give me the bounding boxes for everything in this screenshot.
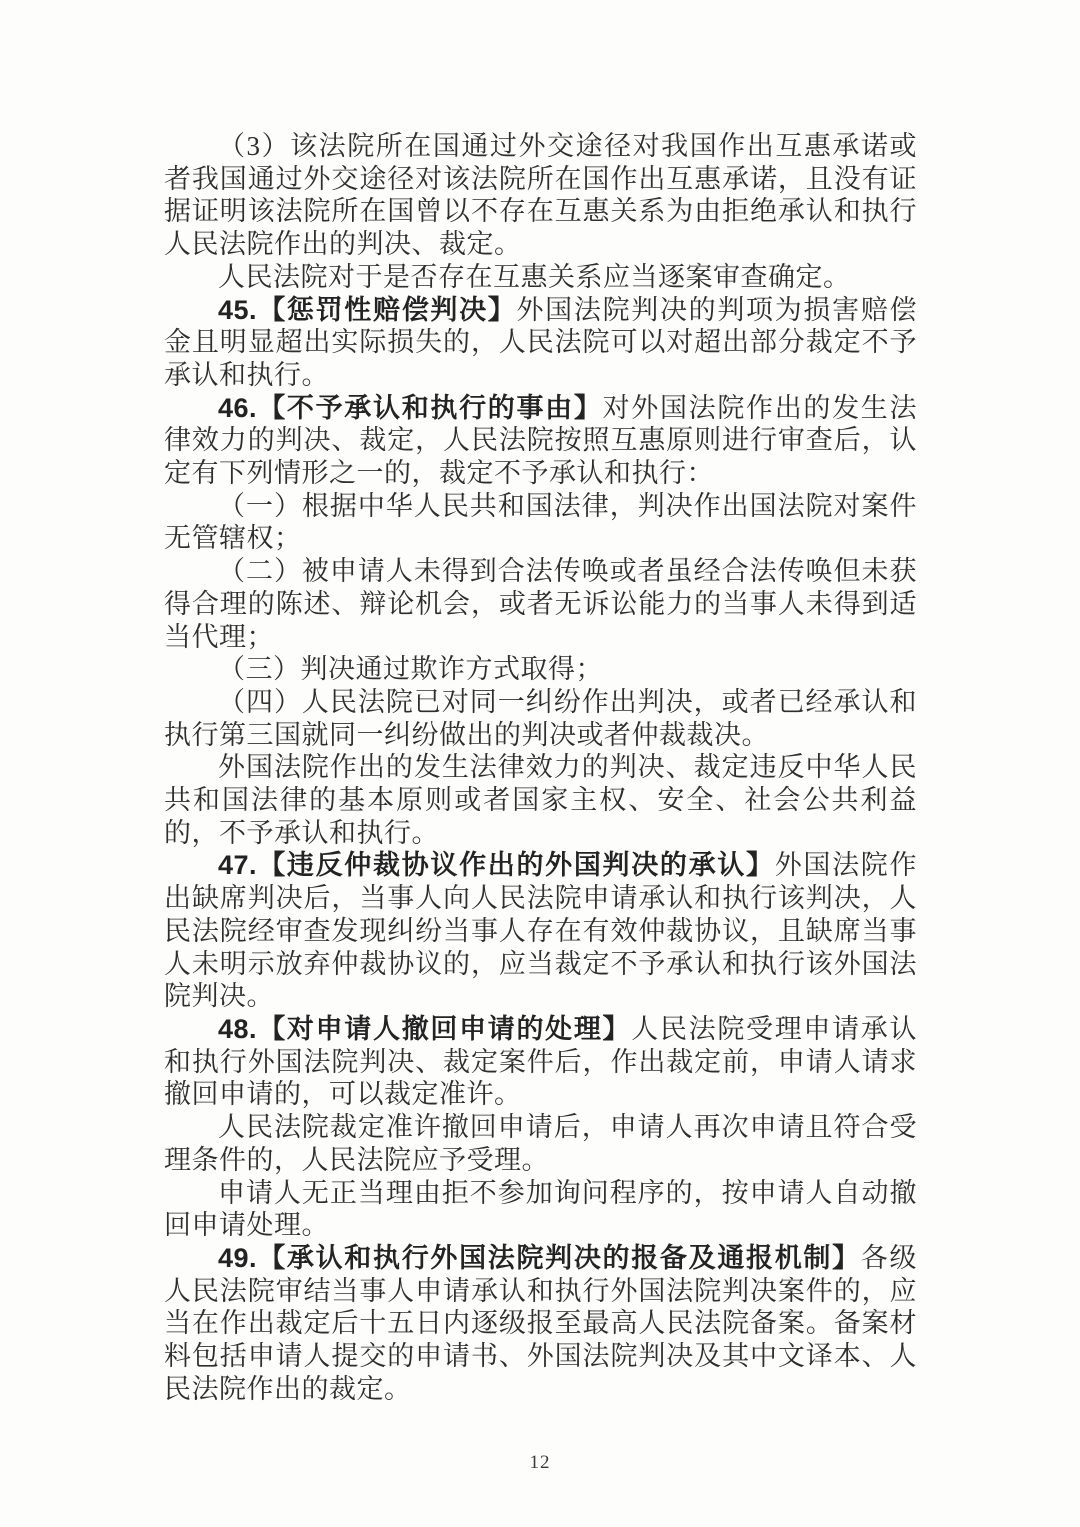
clause-title: 47.【违反仲裁协议作出的外国判决的承认】 [218,850,775,880]
clause-title: 46.【不予承认和执行的事由】 [218,393,603,423]
paragraph: 人民法院对于是否存在互惠关系应当逐案审查确定。 [164,261,917,294]
paragraph: 46.【不予承认和执行的事由】对外国法院作出的发生法律效力的判决、裁定，人民法院… [164,392,917,490]
paragraph: （一）根据中华人民共和国法律，判决作出国法院对案件无管辖权； [164,490,917,555]
paragraph: （二）被申请人未得到合法传唤或者虽经合法传唤但未获得合理的陈述、辩论机会，或者无… [164,555,917,653]
clause-title: 48.【对申请人撤回申请的处理】 [218,1014,631,1044]
paragraph: 45.【惩罚性赔偿判决】外国法院判决的判项为损害赔偿金且明显超出实际损失的，人民… [164,294,917,392]
paragraph: 47.【违反仲裁协议作出的外国判决的承认】外国法院作出缺席判决后，当事人向人民法… [164,849,917,1013]
clause-title: 49.【承认和执行外国法院判决的报备及通报机制】 [218,1243,861,1273]
paragraph: （三）判决通过欺诈方式取得； [164,653,917,686]
document-text: （3）该法院所在国通过外交途径对我国作出互惠承诺或者我国通过外交途径对该法院所在… [164,130,917,1405]
paragraph: （四）人民法院已对同一纠纷作出判决，或者已经承认和执行第三国就同一纠纷做出的判决… [164,686,917,751]
paragraph: 申请人无正当理由拒不参加询问程序的，按申请人自动撤回申请处理。 [164,1177,917,1242]
page-number: 12 [0,1452,1080,1474]
paragraph-text: （3）该法院所在国通过外交途径对我国作出互惠承诺或者我国通过外交途径对该法院所在… [164,131,917,259]
paragraph: 49.【承认和执行外国法院判决的报备及通报机制】各级人民法院审结当事人申请承认和… [164,1242,917,1406]
clause-title: 45.【惩罚性赔偿判决】 [218,295,516,325]
paragraph-text: 人民法院对于是否存在互惠关系应当逐案审查确定。 [218,262,851,292]
paragraph-text: （三）判决通过欺诈方式取得； [218,654,603,684]
paragraph: 外国法院作出的发生法律效力的判决、裁定违反中华人民共和国法律的基本原则或者国家主… [164,751,917,849]
paragraph-text: 人民法院裁定准许撤回申请后，申请人再次申请且符合受理条件的，人民法院应予受理。 [164,1112,917,1175]
paragraph-text: （一）根据中华人民共和国法律，判决作出国法院对案件无管辖权； [164,491,917,554]
paragraph-text: 申请人无正当理由拒不参加询问程序的，按申请人自动撤回申请处理。 [164,1178,917,1241]
paragraph: （3）该法院所在国通过外交途径对我国作出互惠承诺或者我国通过外交途径对该法院所在… [164,130,917,261]
paragraph: 48.【对申请人撤回申请的处理】人民法院受理申请承认和执行外国法院判决、裁定案件… [164,1013,917,1111]
paragraph-text: 外国法院作出的发生法律效力的判决、裁定违反中华人民共和国法律的基本原则或者国家主… [164,752,917,847]
paragraph: 人民法院裁定准许撤回申请后，申请人再次申请且符合受理条件的，人民法院应予受理。 [164,1111,917,1176]
paragraph-text: （二）被申请人未得到合法传唤或者虽经合法传唤但未获得合理的陈述、辩论机会，或者无… [164,556,917,651]
document-page: （3）该法院所在国通过外交途径对我国作出互惠承诺或者我国通过外交途径对该法院所在… [0,0,1080,1527]
paragraph-text: （四）人民法院已对同一纠纷作出判决，或者已经承认和执行第三国就同一纠纷做出的判决… [164,687,917,750]
